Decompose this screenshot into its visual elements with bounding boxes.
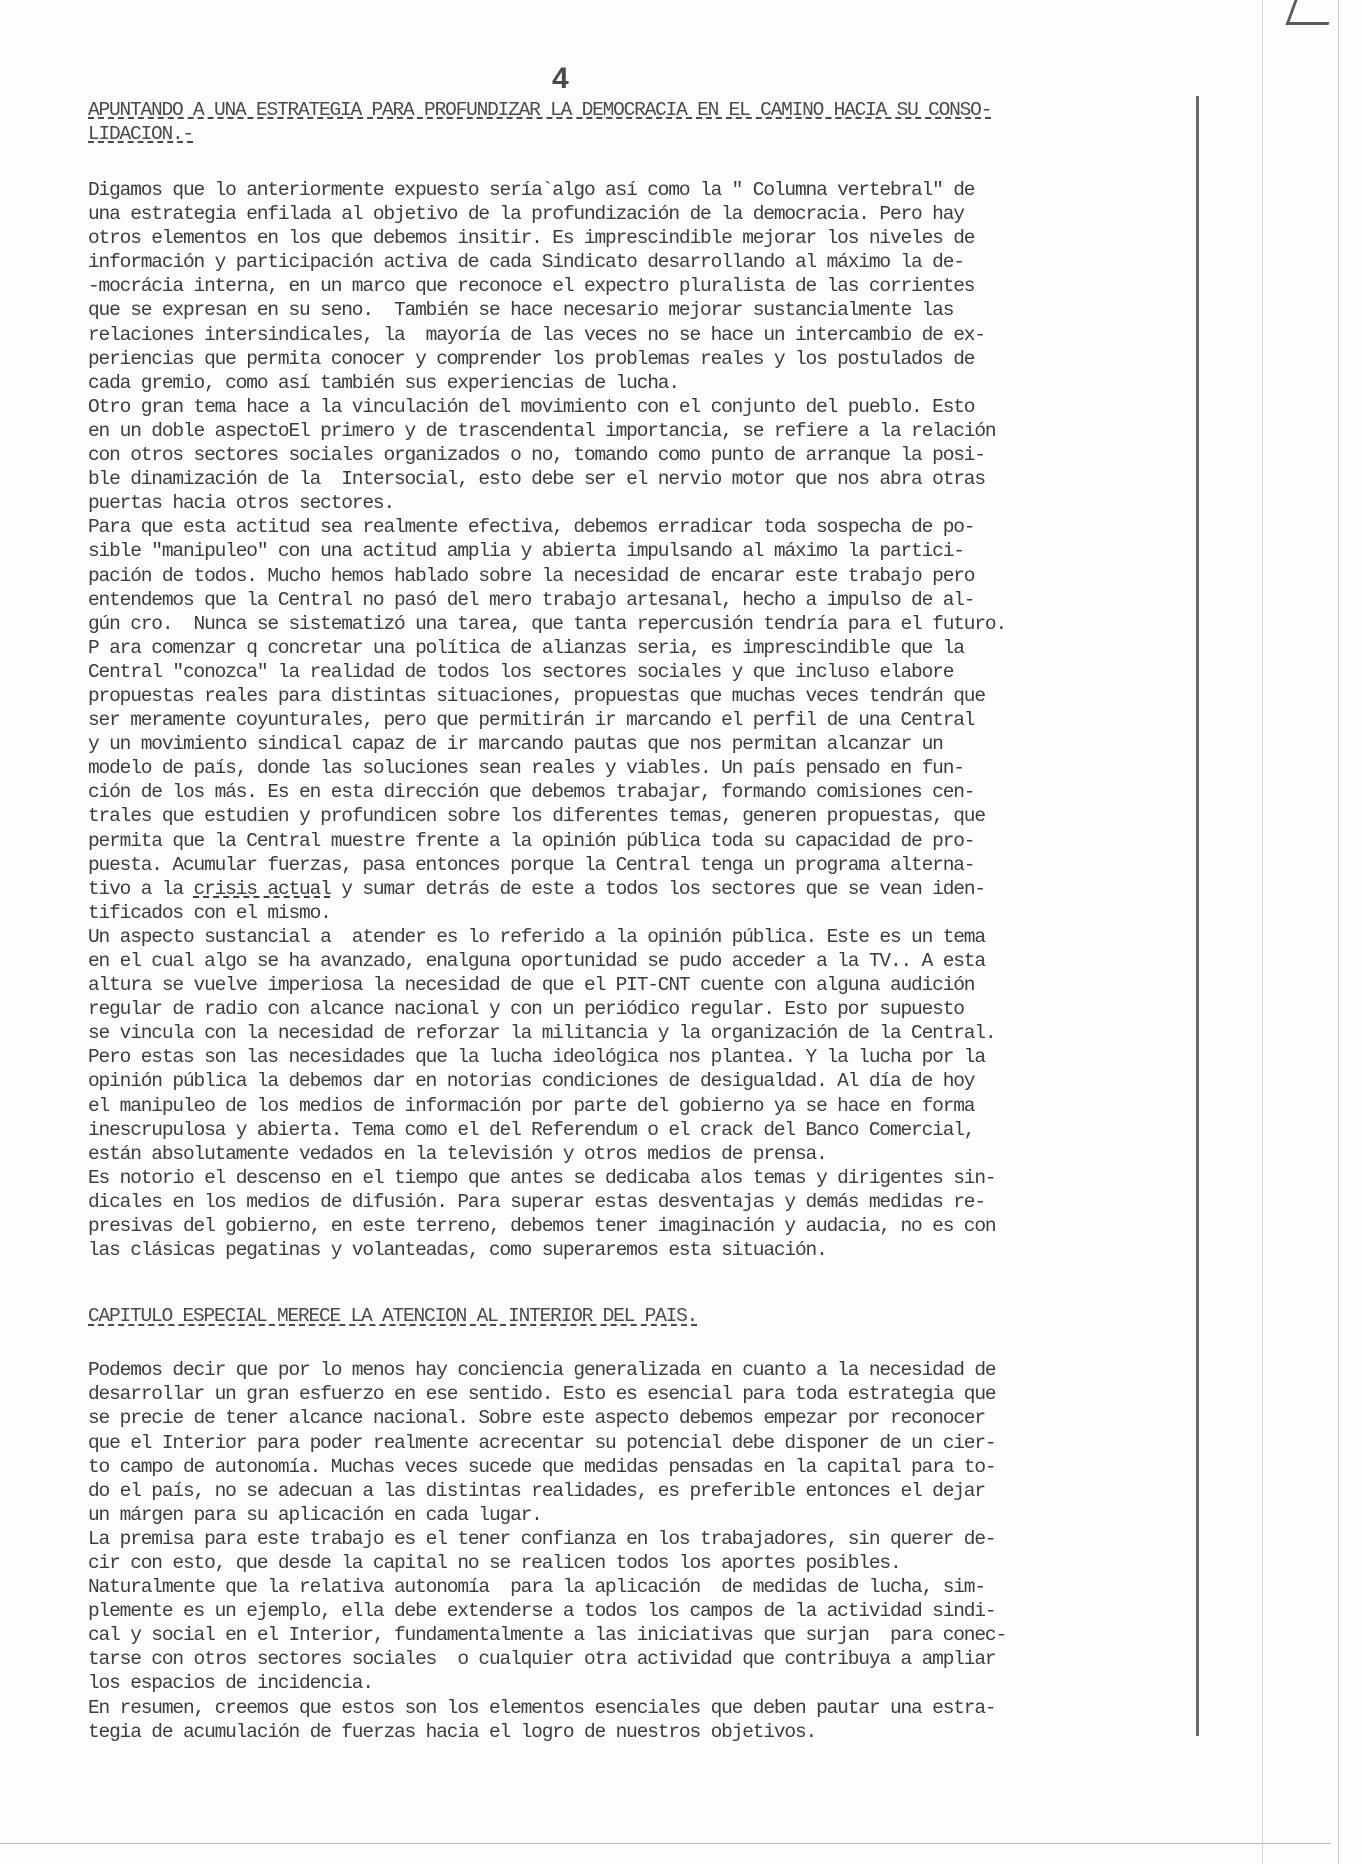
text-line: Pero estas son las necesidades que la lu… bbox=[88, 1045, 1148, 1069]
text-line: pación de todos. Mucho hemos hablado sob… bbox=[88, 564, 1148, 588]
text-line: con otros sectores sociales organizados … bbox=[88, 443, 1148, 467]
text-fragment: y sumar detrás de este a todos los secto… bbox=[331, 878, 985, 900]
text-line: cir con esto, que desde la capital no se… bbox=[88, 1551, 1148, 1575]
page-edge-line bbox=[1262, 0, 1263, 1864]
text-line: inescrupulosa y abierta. Tema como el de… bbox=[88, 1118, 1148, 1142]
text-line: trales que estudien y profundicen sobre … bbox=[88, 804, 1148, 828]
text-line: otros elementos en los que debemos insit… bbox=[88, 226, 1148, 250]
text-line: altura se vuelve imperiosa la necesidad … bbox=[88, 973, 1148, 997]
text-line: gún cro. Nunca se sistematizó una tarea,… bbox=[88, 612, 1148, 636]
text-line: que se expresan en su seno. También se h… bbox=[88, 298, 1148, 322]
text-line: el manipuleo de los medios de informació… bbox=[88, 1094, 1148, 1118]
text-line: sible "manipuleo" con una actitud amplia… bbox=[88, 539, 1148, 563]
section-title-line: APUNTANDO A UNA ESTRATEGIA PARA PROFUNDI… bbox=[88, 99, 991, 121]
text-fragment: tivo a la bbox=[88, 878, 194, 900]
text-line: permita que la Central muestre frente a … bbox=[88, 829, 1148, 853]
margin-rule bbox=[1196, 96, 1199, 1736]
text-line: en un doble aspectoEl primero y de trasc… bbox=[88, 419, 1148, 443]
text-line: dicales en los medios de difusión. Para … bbox=[88, 1190, 1148, 1214]
text-line: tarse con otros sectores sociales o cual… bbox=[88, 1647, 1148, 1671]
section-title: APUNTANDO A UNA ESTRATEGIA PARA PROFUNDI… bbox=[88, 98, 1148, 146]
text-line: ción de los más. Es en esta dirección qu… bbox=[88, 780, 1148, 804]
page-edge-line bbox=[1338, 0, 1339, 1864]
text-line: entendemos que la Central no pasó del me… bbox=[88, 588, 1148, 612]
text-line: cada gremio, como así también sus experi… bbox=[88, 371, 1148, 395]
text-line: están absolutamente vedados en la televi… bbox=[88, 1142, 1148, 1166]
text-line: los espacios de incidencia. bbox=[88, 1671, 1148, 1695]
text-line: puertas hacia otros sectores. bbox=[88, 491, 1148, 515]
text-line: las clásicas pegatinas y volanteadas, co… bbox=[88, 1238, 1148, 1262]
text-line: modelo de país, donde las soluciones sea… bbox=[88, 756, 1148, 780]
text-line: una estrategia enfilada al objetivo de l… bbox=[88, 202, 1148, 226]
text-line: un márgen para su aplicación en cada lug… bbox=[88, 1503, 1148, 1527]
section-2-body: Podemos decir que por lo menos hay conci… bbox=[88, 1358, 1148, 1744]
corner-fold-mark bbox=[1285, 0, 1337, 25]
text-line: plemente es un ejemplo, ella debe extend… bbox=[88, 1599, 1148, 1623]
text-line: en el cual algo se ha avanzado, enalguna… bbox=[88, 949, 1148, 973]
text-line: ble dinamización de la Intersocial, esto… bbox=[88, 467, 1148, 491]
section-title-line: LIDACION.- bbox=[88, 123, 193, 145]
text-line: La premisa para este trabajo es el tener… bbox=[88, 1527, 1148, 1551]
scanned-page: 4 APUNTANDO A UNA ESTRATEGIA PARA PROFUN… bbox=[0, 0, 1362, 1864]
text-line: P ara comenzar q concretar una política … bbox=[88, 636, 1148, 660]
text-line: Otro gran tema hace a la vinculación del… bbox=[88, 395, 1148, 419]
text-line: cal y social en el Interior, fundamental… bbox=[88, 1623, 1148, 1647]
text-line: -mocrácia interna, en un marco que recon… bbox=[88, 274, 1148, 298]
text-line: información y participación activa de ca… bbox=[88, 250, 1148, 274]
text-line: do el país, no se adecuan a las distinta… bbox=[88, 1479, 1148, 1503]
text-line: tivo a la crisis actual y sumar detrás d… bbox=[88, 877, 1148, 901]
bottom-rule bbox=[0, 1843, 1330, 1844]
text-line: Es notorio el descenso en el tiempo que … bbox=[88, 1166, 1148, 1190]
text-line: Para que esta actitud sea realmente efec… bbox=[88, 515, 1148, 539]
text-line: presivas del gobierno, en este terreno, … bbox=[88, 1214, 1148, 1238]
text-line: Central "conozca" la realidad de todos l… bbox=[88, 660, 1148, 684]
text-line: opinión pública la debemos dar en notori… bbox=[88, 1069, 1148, 1093]
text-line: ser meramente coyunturales, pero que per… bbox=[88, 708, 1148, 732]
text-line: Un aspecto sustancial a atender es lo re… bbox=[88, 925, 1148, 949]
text-line: regular de radio con alcance nacional y … bbox=[88, 997, 1148, 1021]
text-line: Naturalmente que la relativa autonomía p… bbox=[88, 1575, 1148, 1599]
section-2-heading: CAPITULO ESPECIAL MERECE LA ATENCION AL … bbox=[88, 1304, 1148, 1328]
text-line: tegia de acumulación de fuerzas hacia el… bbox=[88, 1720, 1148, 1744]
text-line: relaciones intersindicales, la mayoría d… bbox=[88, 323, 1148, 347]
text-line: y un movimiento sindical capaz de ir mar… bbox=[88, 732, 1148, 756]
text-line: Podemos decir que por lo menos hay conci… bbox=[88, 1358, 1148, 1382]
text-line: desarrollar un gran esfuerzo en ese sent… bbox=[88, 1382, 1148, 1406]
text-line: Digamos que lo anteriormente expuesto se… bbox=[88, 178, 1148, 202]
text-line: puesta. Acumular fuerzas, pasa entonces … bbox=[88, 853, 1148, 877]
text-line: periencias que permita conocer y compren… bbox=[88, 347, 1148, 371]
text-line: tificados con el mismo. bbox=[88, 901, 1148, 925]
text-line: to campo de autonomía. Muchas veces suce… bbox=[88, 1455, 1148, 1479]
document-body: APUNTANDO A UNA ESTRATEGIA PARA PROFUNDI… bbox=[88, 68, 1148, 1744]
text-line: propuestas reales para distintas situaci… bbox=[88, 684, 1148, 708]
section-1-body: Digamos que lo anteriormente expuesto se… bbox=[88, 178, 1148, 1262]
text-line: En resumen, creemos que estos son los el… bbox=[88, 1696, 1148, 1720]
text-line: se precie de tener alcance nacional. Sob… bbox=[88, 1406, 1148, 1430]
text-line: que el Interior para poder realmente acr… bbox=[88, 1431, 1148, 1455]
text-line: se vincula con la necesidad de reforzar … bbox=[88, 1021, 1148, 1045]
underlined-phrase: crisis actual bbox=[194, 878, 331, 900]
